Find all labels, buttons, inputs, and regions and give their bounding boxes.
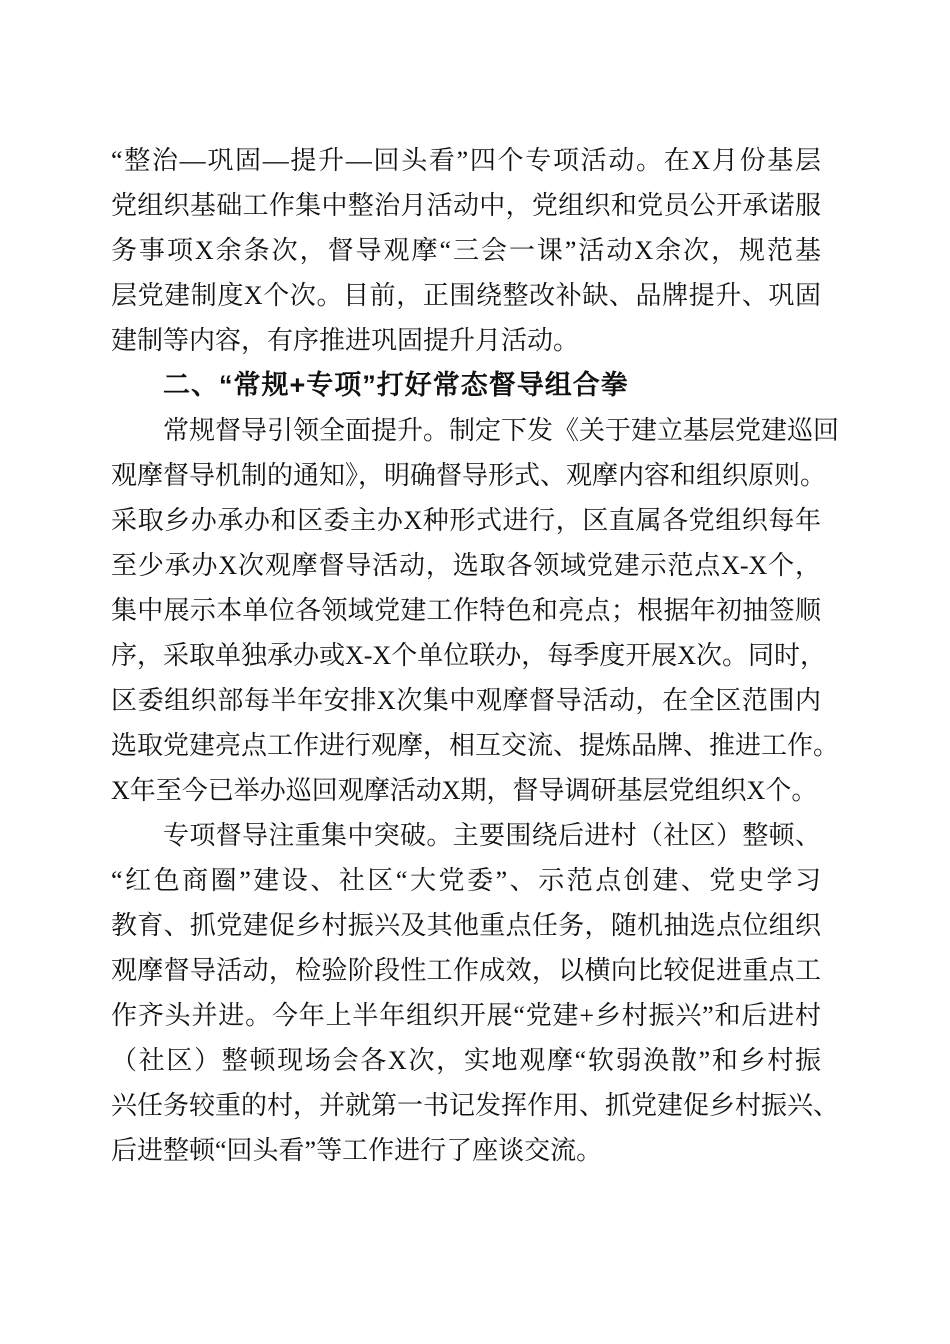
text-line: 观摩督导机制的通知》，明确督导形式、观摩内容和组织原则。: [111, 453, 821, 498]
heading-line: 二、“常规+专项”打好常态督导组合拳: [111, 363, 821, 408]
text-line: “红色商圈”建设、社区“大党委”、示范点创建、党史学习: [111, 858, 821, 903]
text-line: 专项督导注重集中突破。主要围绕后进村（社区）整顿、: [111, 813, 821, 858]
text-line: 层党建制度X个次。目前，正围绕整改补缺、品牌提升、巩固: [111, 273, 821, 318]
text-line: 集中展示本单位各领域党建工作特色和亮点；根据年初抽签顺: [111, 588, 821, 633]
text-line: 后进整顿“回头看”等工作进行了座谈交流。: [111, 1128, 821, 1173]
document-body: “整治—巩固—提升—回头看”四个专项活动。在X月份基层党组织基础工作集中整治月活…: [111, 138, 821, 1173]
text-line: X年至今已举办巡回观摩活动X期，督导调研基层党组织X个。: [111, 768, 821, 813]
text-line: 选取党建亮点工作进行观摩，相互交流、提炼品牌、推进工作。: [111, 723, 821, 768]
text-line: 教育、抓党建促乡村振兴及其他重点任务，随机抽选点位组织: [111, 903, 821, 948]
text-line: 建制等内容，有序推进巩固提升月活动。: [111, 318, 821, 363]
text-line: 作齐头并进。今年上半年组织开展“党建+乡村振兴”和后进村: [111, 993, 821, 1038]
text-line: 观摩督导活动，检验阶段性工作成效，以横向比较促进重点工: [111, 948, 821, 993]
text-line: 至少承办X次观摩督导活动，选取各领域党建示范点X-X个，: [111, 543, 821, 588]
text-line: 区委组织部每半年安排X次集中观摩督导活动，在全区范围内: [111, 678, 821, 723]
section-heading-2: 二、“常规+专项”打好常态督导组合拳: [111, 363, 821, 408]
paragraph-special-supervision: 专项督导注重集中突破。主要围绕后进村（社区）整顿、“红色商圈”建设、社区“大党委…: [111, 813, 821, 1173]
paragraph-continuation: “整治—巩固—提升—回头看”四个专项活动。在X月份基层党组织基础工作集中整治月活…: [111, 138, 821, 363]
text-line: 常规督导引领全面提升。制定下发《关于建立基层党建巡回: [111, 408, 821, 453]
text-line: 序，采取单独承办或X-X个单位联办，每季度开展X次。同时，: [111, 633, 821, 678]
text-line: “整治—巩固—提升—回头看”四个专项活动。在X月份基层: [111, 138, 821, 183]
text-line: 党组织基础工作集中整治月活动中，党组织和党员公开承诺服: [111, 183, 821, 228]
paragraph-regular-supervision: 常规督导引领全面提升。制定下发《关于建立基层党建巡回观摩督导机制的通知》，明确督…: [111, 408, 821, 813]
text-line: 务事项X余条次，督导观摩“三会一课”活动X余次，规范基: [111, 228, 821, 273]
text-line: 兴任务较重的村，并就第一书记发挥作用、抓党建促乡村振兴、: [111, 1083, 821, 1128]
text-line: （社区）整顿现场会各X次，实地观摩“软弱涣散”和乡村振: [111, 1038, 821, 1083]
document-page: “整治—巩固—提升—回头看”四个专项活动。在X月份基层党组织基础工作集中整治月活…: [0, 0, 950, 1344]
text-line: 采取乡办承办和区委主办X种形式进行，区直属各党组织每年: [111, 498, 821, 543]
